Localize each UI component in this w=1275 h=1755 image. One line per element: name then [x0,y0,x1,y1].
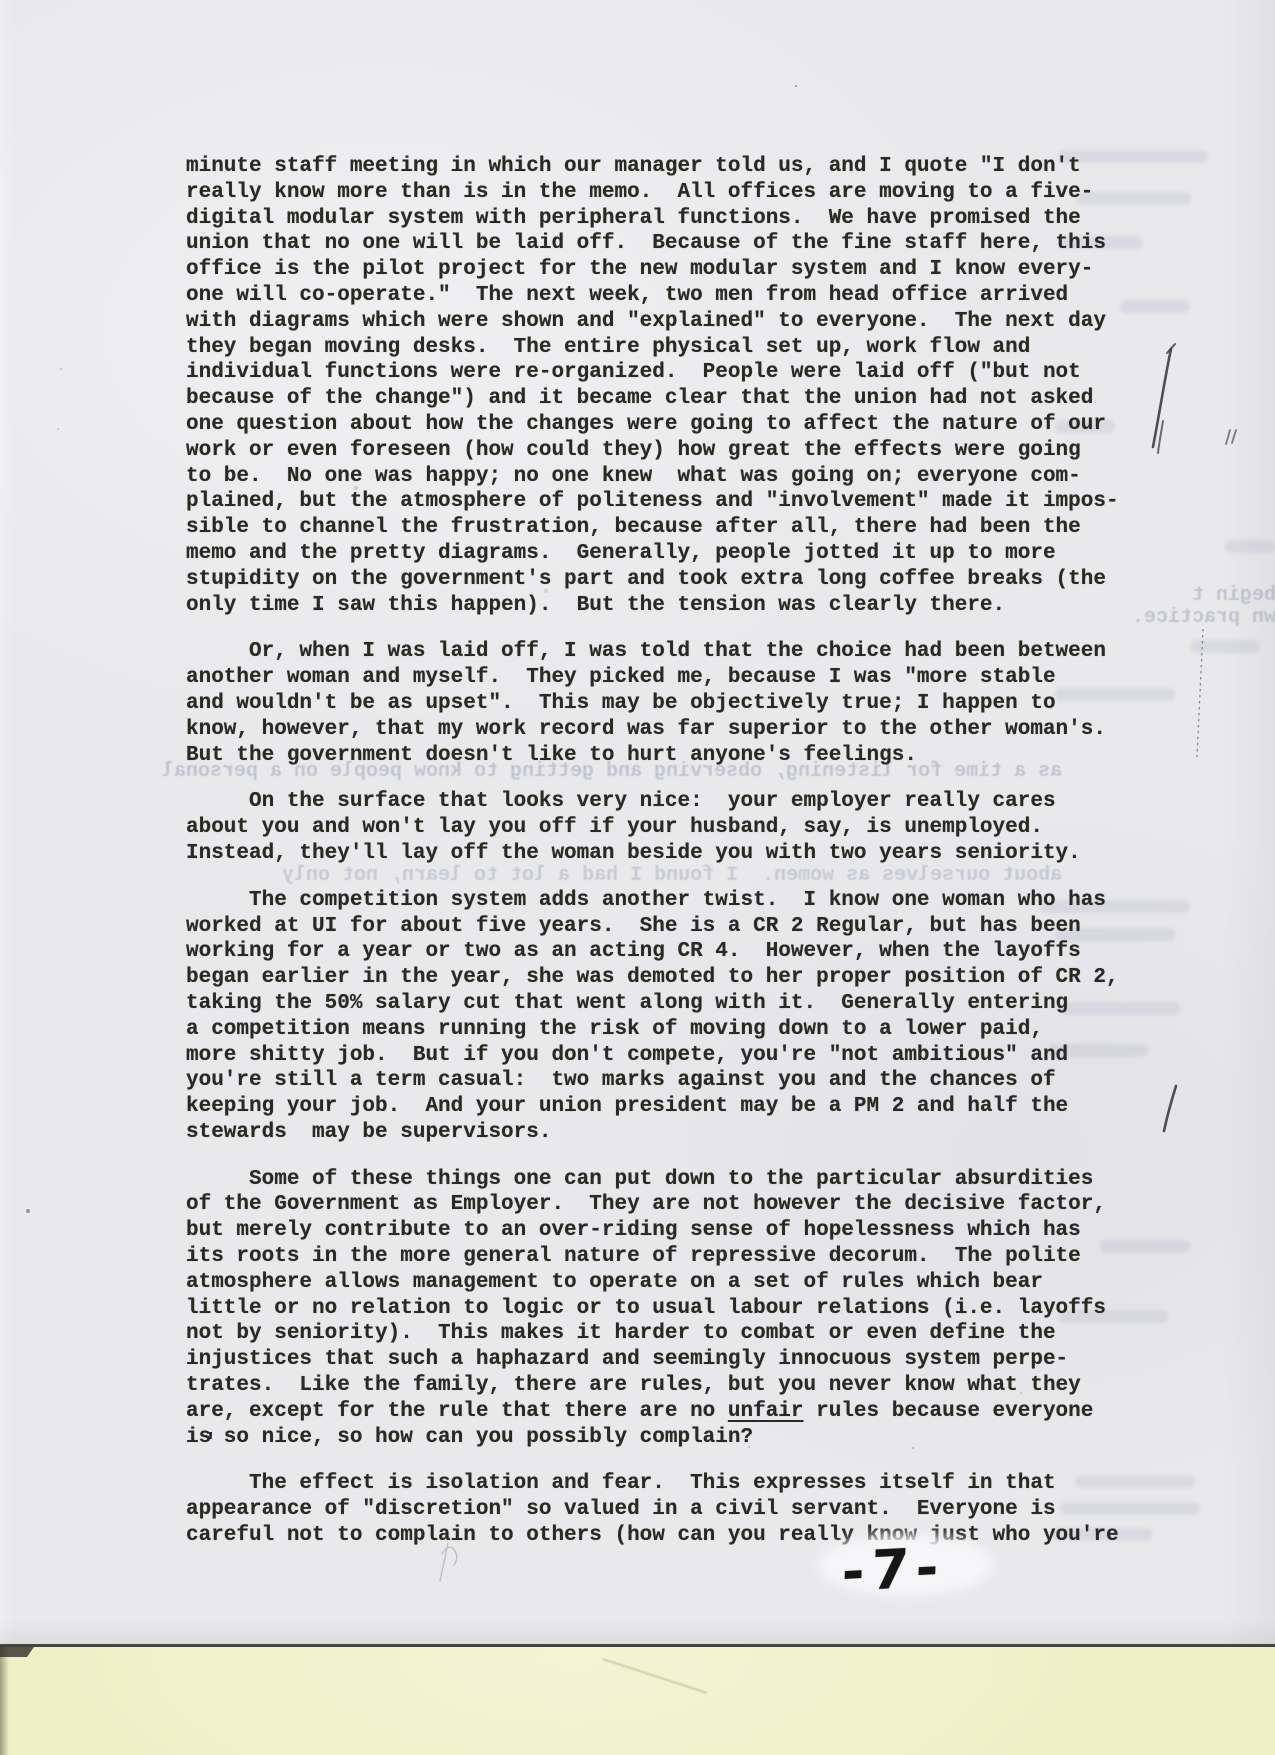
underlay-corner-shadow [0,1647,34,1657]
text-line: is so nice, so how can you possibly comp… [186,1425,1275,1451]
text-line: Instead, they'll lay off the woman besid… [186,841,1275,867]
text-line: because of the change") and it became cl… [186,386,1275,412]
text-line: little or no relation to logic or to usu… [186,1296,1275,1322]
text-line: careful not to complain to others (how c… [186,1523,1275,1549]
text-line: really know more than is in the memo. Al… [186,180,1275,206]
text-line: But the government doesn't like to hurt … [186,743,1275,769]
text-line: a competition means running the risk of … [186,1017,1275,1043]
underlined-word: unfair [728,1400,804,1423]
paragraph: The competition system adds another twis… [186,888,1275,1146]
text-line: only time I saw this happen). But the te… [186,593,1275,619]
text-line: memo and the pretty diagrams. Generally,… [186,541,1275,567]
text-line: you're still a term casual: two marks ag… [186,1068,1275,1094]
paragraph: minute staff meeting in which our manage… [186,154,1275,618]
text-line: of the Government as Employer. They are … [186,1192,1275,1218]
text-line: The competition system adds another twis… [186,888,1275,914]
paragraph: Some of these things one can put down to… [186,1167,1275,1451]
text-line: worked at UI for about five years. She i… [186,914,1275,940]
paragraph: Or, when I was laid off, I was told that… [186,639,1275,768]
text-line: office is the pilot project for the new … [186,257,1275,283]
document-text: minute staff meeting in which our manage… [0,0,1275,1570]
text-line: to be. No one was happy; no one knew wha… [186,464,1275,490]
text-line: they began moving desks. The entire phys… [186,335,1275,361]
text-line: individual functions were re-organized. … [186,360,1275,386]
scanned-page: as a time for listening, observing and g… [0,0,1275,1646]
underlay-scratch [602,1658,707,1694]
text-line: are, except for the rule that there are … [186,1399,1275,1425]
scan-stage: as a time for listening, observing and g… [0,0,1275,1755]
text-line: trates. Like the family, there are rules… [186,1373,1275,1399]
text-line: Or, when I was laid off, I was told that… [186,639,1275,665]
page-number: -7- [841,1535,946,1604]
text-line: work or even foreseen (how could they) h… [186,438,1275,464]
text-line: know, however, that my work record was f… [186,717,1275,743]
text-line: not by seniority). This makes it harder … [186,1321,1275,1347]
text-line: with diagrams which were shown and "expl… [186,309,1275,335]
text-line: keeping your job. And your union preside… [186,1094,1275,1120]
text-line: appearance of "discretion" so valued in … [186,1497,1275,1523]
text-line: The effect is isolation and fear. This e… [186,1471,1275,1497]
text-line: its roots in the more general nature of … [186,1244,1275,1270]
paragraph: On the surface that looks very nice: you… [186,789,1275,866]
text-line: and wouldn't be as upset". This may be o… [186,691,1275,717]
text-line: Some of these things one can put down to… [186,1167,1275,1193]
text-line: began earlier in the year, she was demot… [186,965,1275,991]
text-line: taking the 50% salary cut that went alon… [186,991,1275,1017]
text-line: injustices that such a haphazard and see… [186,1347,1275,1373]
text-line: digital modular system with peripheral f… [186,206,1275,232]
underlay-strip [0,1647,1275,1755]
text-line: working for a year or two as an acting C… [186,939,1275,965]
text-line: stewards may be supervisors. [186,1120,1275,1146]
text-line: atmosphere allows management to operate … [186,1270,1275,1296]
text-line: stupidity on the government's part and t… [186,567,1275,593]
stray-ink-mark: ' [204,1430,217,1455]
text-line: another woman and myself. They picked me… [186,665,1275,691]
text-line: minute staff meeting in which our manage… [186,154,1275,180]
text-line: about you and won't lay you off if your … [186,815,1275,841]
text-line: more shitty job. But if you don't compet… [186,1043,1275,1069]
text-line: sible to channel the frustration, becaus… [186,515,1275,541]
text-line: union that no one will be laid off. Beca… [186,231,1275,257]
paragraph: The effect is isolation and fear. This e… [186,1471,1275,1548]
text-line: plained, but the atmosphere of politenes… [186,489,1275,515]
text-line: one will co-operate." The next week, two… [186,283,1275,309]
text-line: but merely contribute to an over-riding … [186,1218,1275,1244]
text-line: one question about how the changes were … [186,412,1275,438]
text-line: On the surface that looks very nice: you… [186,789,1275,815]
